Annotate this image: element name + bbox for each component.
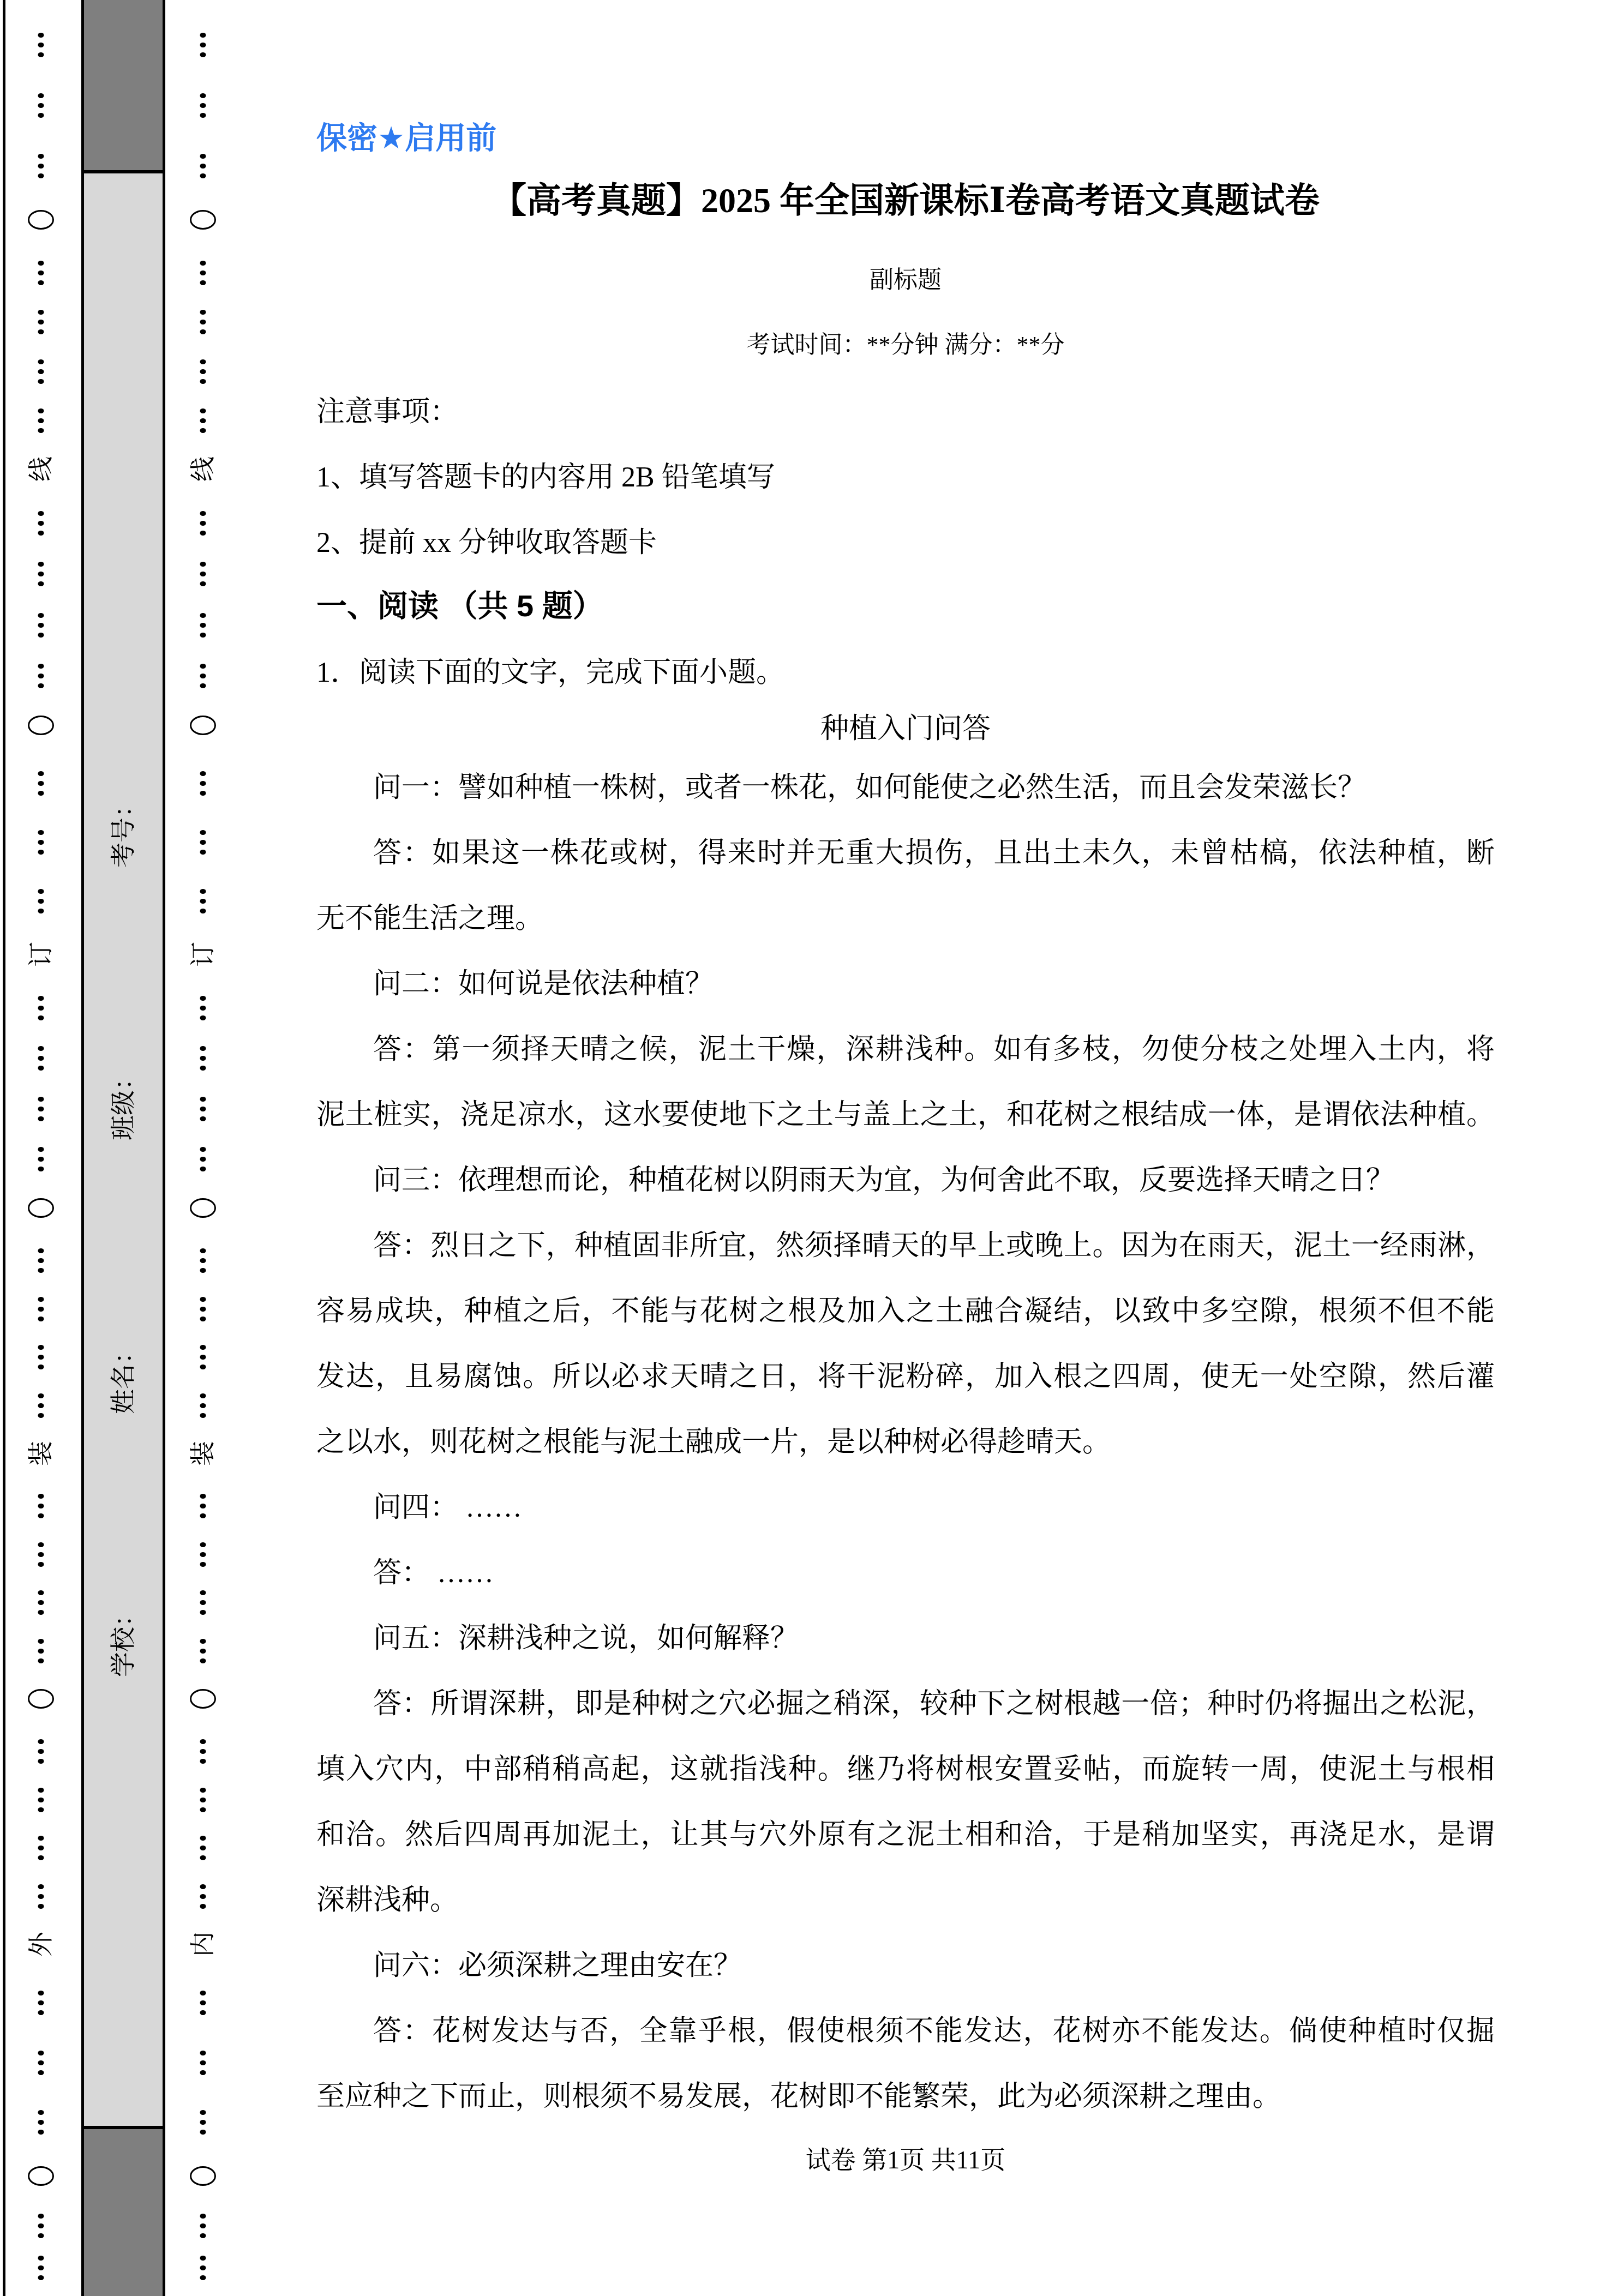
page-title: 【高考真题】2025 年全国新课标Ⅰ卷高考语文真题试卷: [316, 180, 1495, 221]
passage-line: 深耕浅种。: [316, 1884, 1495, 1917]
binding-dot: [200, 850, 206, 855]
binding-dot: [200, 1157, 206, 1162]
binding-dot: [200, 43, 206, 47]
binding-dot: [38, 2214, 44, 2219]
binding-dot: [38, 562, 44, 567]
binding-dot: [200, 2130, 206, 2135]
binding-dot: [200, 1147, 206, 1152]
binding-dot: [38, 840, 44, 845]
binding-dot: [38, 572, 44, 576]
binding-dot: [38, 1066, 44, 1071]
passage-line: 至应种之下而止，则根须不易发展，花树即不能繁荣，此为必须深耕之理由。: [316, 2081, 1495, 2113]
binding-dot: [200, 1317, 206, 1321]
binding-circle-icon: [28, 210, 54, 230]
binding-strip-outer: 线订装外: [8, 0, 74, 2296]
seal-dark-bottom-block: [84, 2126, 163, 2296]
exam-time-score-line: 考试时间：**分钟 满分：**分: [316, 328, 1495, 362]
subtitle: 副标题: [316, 263, 1495, 297]
binding-dot: [38, 909, 44, 913]
binding-dot: [200, 1749, 206, 1754]
binding-dot: [200, 359, 206, 364]
binding-dot: [200, 2060, 206, 2065]
passage-line: 答：第一须择天晴之候，泥土干燥，深耕浅种。如有多枝，勿使分枝之处埋入土内，将: [316, 1033, 1495, 1066]
binding-dot: [200, 1116, 206, 1121]
binding-dot: [38, 1494, 44, 1499]
binding-dot: [38, 2000, 44, 2005]
binding-dot: [200, 781, 206, 786]
binding-dot: [38, 320, 44, 324]
binding-dot: [38, 2233, 44, 2238]
student-info-seal-column: 考号：班级：姓名：学校：: [81, 0, 165, 2296]
binding-dot: [200, 1504, 206, 1508]
binding-dot: [200, 2256, 206, 2261]
binding-dot: [200, 1788, 206, 1793]
binding-dot: [200, 1552, 206, 1557]
binding-dot: [38, 1798, 44, 1802]
binding-dot: [200, 1846, 206, 1850]
binding-dot: [38, 1836, 44, 1841]
passage-line: 发达，且易腐蚀。所以必求天晴之日，将干泥粉碎，加入根之四周，使无一处空隙，然后灌: [316, 1361, 1495, 1393]
binding-dot: [38, 1248, 44, 1253]
binding-dot: [38, 2265, 44, 2270]
binding-dot: [38, 1504, 44, 1508]
binding-dot: [38, 1403, 44, 1408]
binding-dot: [38, 1600, 44, 1605]
binding-dot: [38, 2010, 44, 2015]
passage-line: 之以水，则花树之根能与泥土融成一片，是以种树必得趁晴天。: [316, 1426, 1495, 1459]
passage-line: 容易成块，种植之后，不能与花树之根及加入之土融合凝结，以致中多空隙，根须不但不能: [316, 1295, 1495, 1328]
notes-heading: 注意事项：: [316, 395, 1495, 429]
binding-dot: [200, 1739, 206, 1744]
binding-dot: [200, 674, 206, 678]
binding-dot: [200, 1542, 206, 1547]
binding-dot: [200, 572, 206, 576]
binding-dot: [38, 1365, 44, 1369]
binding-circle-icon: [190, 2166, 216, 2186]
passage-line: 答：如果这一株花或树，得来时并无重大损伤，且出土未久，未曾枯槁，依法种植，断: [316, 837, 1495, 870]
passage-line: 和洽。然后四周再加泥土，让其与穴外原有之泥土相和洽，于是稍加坚实，再浇足水，是谓: [316, 1819, 1495, 1852]
binding-dot: [200, 1904, 206, 1909]
binding-dot: [38, 996, 44, 1001]
binding-dot: [38, 2223, 44, 2228]
binding-dot: [38, 1649, 44, 1654]
binding-dot: [200, 1413, 206, 1418]
binding-dot: [38, 2275, 44, 2280]
binding-dot: [200, 1307, 206, 1312]
binding-dot: [200, 683, 206, 688]
binding-dot: [200, 2051, 206, 2055]
binding-dot: [200, 2275, 206, 2280]
binding-dot: [38, 1610, 44, 1615]
binding-dot: [38, 830, 44, 835]
binding-dot: [38, 2060, 44, 2065]
binding-dot: [200, 1097, 206, 1102]
binding-dot: [38, 1552, 44, 1557]
binding-dot: [200, 1056, 206, 1061]
binding-dot: [200, 310, 206, 315]
binding-dot: [38, 1345, 44, 1350]
binding-dot: [200, 1759, 206, 1764]
binding-dot: [38, 369, 44, 374]
passage-line: 填入穴内，中部稍稍高起，这就指浅种。继乃将树根安置妥帖，而旋转一周，使泥土与根相: [316, 1753, 1495, 1786]
passage-line: 答：花树发达与否，全靠乎根，假使根须不能发达，花树亦不能发达。倘使种植时仅掘: [316, 2015, 1495, 2048]
binding-char-装: 装: [28, 1441, 53, 1466]
binding-dot: [200, 623, 206, 628]
binding-dot: [38, 674, 44, 678]
passage-line: 问四： ……: [316, 1492, 1495, 1524]
binding-dot: [200, 1066, 206, 1071]
binding-char-装: 装: [190, 1441, 215, 1466]
binding-dot: [200, 379, 206, 384]
binding-dot: [200, 103, 206, 108]
binding-dot: [200, 1562, 206, 1567]
binding-dot: [38, 1904, 44, 1909]
binding-dot: [200, 408, 206, 413]
exam-paper-page: { "page": { "secrecy_notice": "保密★启用前", …: [0, 0, 1624, 2296]
binding-dot: [38, 113, 44, 118]
binding-char-线: 线: [190, 456, 215, 482]
binding-dot: [200, 154, 206, 159]
binding-circle-icon: [190, 210, 216, 230]
binding-dot: [200, 2110, 206, 2115]
binding-dot: [200, 1046, 206, 1051]
binding-dot: [38, 899, 44, 904]
binding-dot: [200, 1855, 206, 1860]
binding-dot: [200, 511, 206, 516]
binding-dot: [200, 889, 206, 894]
passage-line: 问二：如何说是依法种植？: [316, 968, 1495, 1001]
binding-circle-icon: [28, 1689, 54, 1709]
student-info-label-2: 班级：: [111, 1065, 136, 1140]
binding-dot: [200, 1610, 206, 1615]
binding-dot: [200, 1991, 206, 1996]
binding-dot: [200, 320, 206, 324]
section-heading: 一、阅读 （共 5 题）: [316, 589, 1495, 623]
binding-dot: [38, 173, 44, 178]
binding-dot: [38, 889, 44, 894]
binding-dot: [200, 1365, 206, 1369]
binding-dot: [38, 408, 44, 413]
binding-dot: [200, 1798, 206, 1802]
binding-dot: [200, 33, 206, 38]
binding-dot: [200, 1393, 206, 1398]
binding-dot: [38, 33, 44, 38]
question-intro: 1．阅读下面的文字，完成下面小题。: [316, 656, 1495, 690]
binding-dot: [38, 1542, 44, 1547]
binding-dot: [38, 1157, 44, 1162]
binding-dot: [38, 664, 44, 669]
seal-dark-top-block: [84, 0, 163, 173]
binding-dot: [200, 2000, 206, 2005]
binding-dot: [200, 271, 206, 275]
binding-char-订: 订: [28, 942, 53, 967]
binding-circle-icon: [190, 716, 216, 735]
binding-dot: [38, 1807, 44, 1812]
binding-dot: [38, 164, 44, 169]
page-number-footer: 试卷 第1页 共11页: [316, 2143, 1495, 2177]
binding-dot: [38, 531, 44, 536]
binding-dot: [38, 1894, 44, 1899]
binding-dot: [200, 1894, 206, 1899]
student-info-label-4: 学校：: [111, 1602, 136, 1677]
binding-dot: [38, 2256, 44, 2261]
binding-dot: [38, 271, 44, 275]
binding-dot: [38, 1167, 44, 1171]
binding-dot: [200, 1403, 206, 1408]
binding-dot: [38, 1846, 44, 1850]
binding-dot: [200, 1006, 206, 1011]
binding-dot: [200, 840, 206, 845]
binding-dot: [38, 2110, 44, 2115]
binding-circle-icon: [190, 1198, 216, 1218]
binding-dot: [200, 1836, 206, 1841]
binding-char-线: 线: [28, 456, 53, 482]
binding-dot: [38, 781, 44, 786]
binding-dot: [38, 1413, 44, 1418]
passage-line: 问一：譬如种植一株树，或者一株花，如何能使之必然生活，而且会发荣滋长？: [316, 772, 1495, 804]
binding-dot: [200, 2214, 206, 2219]
binding-dot: [200, 562, 206, 567]
binding-dot: [200, 996, 206, 1001]
binding-dot: [38, 1046, 44, 1051]
secrecy-notice: 保密★启用前: [316, 121, 1495, 155]
binding-dot: [200, 280, 206, 285]
binding-dot: [38, 2051, 44, 2055]
binding-dot: [200, 261, 206, 266]
binding-dot: [200, 369, 206, 374]
binding-dot: [38, 791, 44, 796]
binding-dot: [200, 830, 206, 835]
binding-dot: [38, 1107, 44, 1111]
note-item-2: 2、提前 xx 分钟收取答题卡: [316, 526, 1495, 560]
binding-dot: [38, 1317, 44, 1321]
binding-dot: [200, 771, 206, 776]
binding-dot: [200, 1355, 206, 1360]
binding-dot: [200, 1268, 206, 1273]
binding-dot: [38, 1639, 44, 1644]
binding-dot: [38, 1393, 44, 1398]
binding-dot: [38, 261, 44, 266]
binding-dot: [200, 1297, 206, 1302]
binding-dot: [38, 1297, 44, 1302]
binding-dot: [200, 1658, 206, 1663]
binding-dot: [38, 52, 44, 57]
binding-char-外: 外: [28, 1932, 53, 1957]
binding-dot: [200, 1248, 206, 1253]
binding-dot: [38, 379, 44, 384]
binding-dot: [38, 1590, 44, 1595]
binding-dot: [200, 418, 206, 423]
binding-dot: [38, 1307, 44, 1312]
binding-dot: [200, 52, 206, 57]
binding-dot: [38, 511, 44, 516]
binding-dot: [38, 1855, 44, 1860]
binding-circle-icon: [28, 1198, 54, 1218]
binding-dot: [38, 103, 44, 108]
binding-dot: [38, 1749, 44, 1754]
binding-dot: [38, 1658, 44, 1663]
binding-dot: [38, 1097, 44, 1102]
binding-dot: [200, 1649, 206, 1654]
passage-title: 种植入门问答: [316, 712, 1495, 746]
binding-dot: [200, 173, 206, 178]
binding-dot: [38, 280, 44, 285]
passage-line: 问三：依理想而论，种植花树以阴雨天为宜，为何舍此不取，反要选择天晴之日？: [316, 1164, 1495, 1197]
binding-dot: [38, 310, 44, 315]
binding-dot: [200, 2265, 206, 2270]
student-info-label-3: 姓名：: [111, 1339, 136, 1414]
binding-dot: [200, 2233, 206, 2238]
passage-line: 答：烈日之下，种植固非所宜，然须择晴天的早上或晚上。因为在雨天，泥土一经雨淋，: [316, 1230, 1495, 1263]
binding-dot: [200, 899, 206, 904]
binding-dot: [200, 633, 206, 638]
binding-dot: [200, 93, 206, 98]
binding-dot: [200, 1884, 206, 1889]
note-item-1: 1、填写答题卡的内容用 2B 铅笔填写: [316, 461, 1495, 495]
binding-dot: [200, 1107, 206, 1111]
binding-dot: [200, 2223, 206, 2228]
binding-dot: [200, 1639, 206, 1644]
binding-dot: [38, 1258, 44, 1263]
binding-dot: [200, 791, 206, 796]
binding-char-内: 内: [190, 1932, 215, 1957]
binding-dot: [200, 1600, 206, 1605]
binding-dot: [200, 1494, 206, 1499]
passage-line: 问五：深耕浅种之说，如何解释？: [316, 1622, 1495, 1655]
binding-dot: [200, 1513, 206, 1518]
binding-dot: [38, 613, 44, 618]
binding-dot: [200, 1167, 206, 1171]
binding-dot: [200, 613, 206, 618]
passage-line: 无不能生活之理。: [316, 903, 1495, 935]
binding-dot: [200, 531, 206, 536]
binding-dot: [38, 1006, 44, 1011]
binding-dot: [200, 1807, 206, 1812]
binding-dot: [200, 1345, 206, 1350]
passage-line: 泥土桩实，浇足凉水，这水要使地下之土与盖上之土，和花树之根结成一体，是谓依法种植…: [316, 1099, 1495, 1132]
binding-dot: [38, 521, 44, 526]
binding-dot: [200, 164, 206, 169]
binding-dot: [38, 2070, 44, 2075]
binding-dot: [200, 664, 206, 669]
binding-dot: [38, 623, 44, 628]
binding-dot: [38, 93, 44, 98]
binding-circle-icon: [190, 1689, 216, 1709]
binding-circle-icon: [28, 716, 54, 735]
binding-dot: [200, 581, 206, 586]
page-left-border: [3, 0, 5, 2296]
binding-dot: [38, 1884, 44, 1889]
binding-dot: [38, 1562, 44, 1567]
binding-dot: [38, 771, 44, 776]
passage-line: 答：所谓深耕，即是种树之穴必掘之稍深，较种下之树根越一倍；种时仍将掘出之松泥，: [316, 1688, 1495, 1721]
binding-dot: [38, 1116, 44, 1121]
binding-dot: [200, 428, 206, 433]
binding-dot: [38, 1513, 44, 1518]
passage-line: 问六：必须深耕之理由安在？: [316, 1950, 1495, 1982]
binding-dot: [200, 2120, 206, 2125]
binding-dot: [38, 1147, 44, 1152]
binding-dot: [38, 1759, 44, 1764]
binding-dot: [38, 581, 44, 586]
binding-dot: [38, 43, 44, 47]
binding-dot: [38, 428, 44, 433]
binding-dot: [38, 2120, 44, 2125]
binding-dot: [200, 113, 206, 118]
binding-dot: [200, 1015, 206, 1020]
binding-dot: [38, 359, 44, 364]
binding-dot: [38, 1015, 44, 1020]
binding-dot: [200, 2070, 206, 2075]
binding-dot: [38, 2130, 44, 2135]
binding-char-订: 订: [190, 942, 215, 967]
passage-line: 答： ……: [316, 1557, 1495, 1590]
binding-circle-icon: [28, 2166, 54, 2186]
binding-dot: [38, 1056, 44, 1061]
binding-dot: [200, 1590, 206, 1595]
binding-dot: [38, 683, 44, 688]
binding-dot: [38, 1788, 44, 1793]
binding-dot: [38, 1739, 44, 1744]
binding-dot: [200, 2010, 206, 2015]
student-info-label-1: 考号：: [111, 792, 136, 868]
binding-dot: [200, 1258, 206, 1263]
binding-dot: [38, 633, 44, 638]
binding-dot: [38, 154, 44, 159]
binding-dot: [200, 909, 206, 913]
binding-dot: [38, 1355, 44, 1360]
binding-dot: [38, 329, 44, 334]
binding-dot: [38, 418, 44, 423]
binding-strip-inner: 线订装内: [170, 0, 236, 2296]
binding-dot: [38, 1268, 44, 1273]
binding-dot: [38, 1991, 44, 1996]
binding-dot: [200, 521, 206, 526]
binding-dot: [38, 850, 44, 855]
binding-dot: [200, 329, 206, 334]
